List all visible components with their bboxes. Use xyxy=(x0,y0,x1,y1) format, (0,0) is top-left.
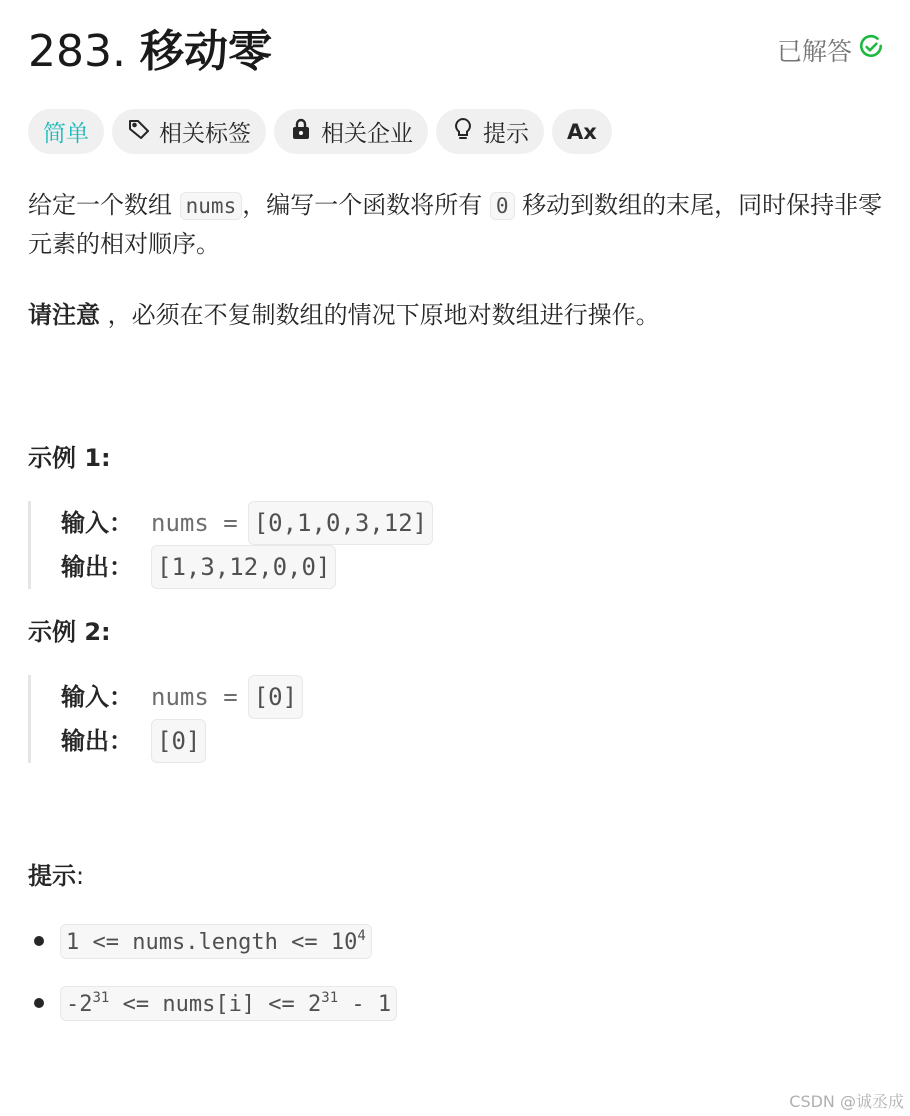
companies-label: 相关企业 xyxy=(321,115,413,148)
constraint-item: -231 <= nums[i] <= 231 - 1 xyxy=(28,983,397,1023)
input-label: 输入： xyxy=(61,504,133,542)
solved-label: 已解答 xyxy=(777,32,852,68)
hint-tag-button[interactable]: 提示 xyxy=(436,109,544,154)
constraint-text: 1 <= nums.length <= 10 xyxy=(66,930,357,955)
lightbulb-icon xyxy=(451,117,475,147)
example-2-block: 输入：nums =[0] 输出：[0] xyxy=(28,675,303,763)
topics-tag-button[interactable]: 相关标签 xyxy=(112,109,266,154)
desc-text: ，编写一个函数将所有 xyxy=(242,191,490,219)
constraints-list: 1 <= nums.length <= 104 -231 <= nums[i] … xyxy=(28,921,397,1045)
input-prefix: nums = xyxy=(151,678,238,716)
inline-code: nums xyxy=(180,192,243,220)
constraint-text: -2 xyxy=(66,992,93,1017)
input-label: 输入： xyxy=(61,678,133,716)
note-text: ，必须在不复制数组的情况下原地对数组进行操作。 xyxy=(100,301,660,329)
topics-label: 相关标签 xyxy=(159,115,251,148)
output-value: [0] xyxy=(151,719,206,763)
colon: : xyxy=(76,862,84,890)
output-label: 输出： xyxy=(61,548,133,586)
problem-number: 283. xyxy=(28,26,126,77)
input-value: [0,1,0,3,12] xyxy=(248,501,433,545)
bullet-icon xyxy=(34,936,44,946)
problem-title: 移动零 xyxy=(140,26,272,77)
check-circle-icon xyxy=(858,34,884,66)
lock-icon xyxy=(289,117,313,147)
hint-label: 提示 xyxy=(483,115,529,148)
constraint-code: -231 <= nums[i] <= 231 - 1 xyxy=(60,986,397,1021)
difficulty-label: 简单 xyxy=(43,115,89,148)
page-title: 283. 移动零 xyxy=(28,24,272,80)
superscript: 4 xyxy=(357,928,365,944)
note-paragraph: 请注意 ，必须在不复制数组的情况下原地对数组进行操作。 xyxy=(28,296,888,334)
constraint-text: <= nums[i] <= 2 xyxy=(109,992,321,1017)
input-value: [0] xyxy=(248,675,303,719)
constraints-title: 提示 xyxy=(28,862,76,890)
output-value: [1,3,12,0,0] xyxy=(151,545,336,589)
input-prefix: nums = xyxy=(151,504,238,542)
watermark: CSDN @诚丞成 xyxy=(789,1089,904,1112)
inline-code: 0 xyxy=(490,192,515,220)
solved-status: 已解答 xyxy=(777,32,884,68)
description-paragraph: 给定一个数组 nums，编写一个函数将所有 0 移动到数组的末尾，同时保持非零元… xyxy=(28,186,888,263)
constraint-item: 1 <= nums.length <= 104 xyxy=(28,921,397,961)
constraint-text: - 1 xyxy=(338,992,391,1017)
difficulty-badge[interactable]: 简单 xyxy=(28,109,104,154)
constraint-code: 1 <= nums.length <= 104 xyxy=(60,924,372,959)
translate-icon: Ax xyxy=(567,120,597,144)
constraints-heading: 提示: xyxy=(28,856,84,891)
tag-icon xyxy=(127,117,151,147)
translate-button[interactable]: Ax xyxy=(552,109,612,154)
bullet-icon xyxy=(34,998,44,1008)
tag-bar: 简单 相关标签 相关企业 提示 Ax xyxy=(28,109,612,154)
output-label: 输出： xyxy=(61,722,133,760)
superscript: 31 xyxy=(321,990,338,1006)
note-bold: 请注意 xyxy=(28,301,100,329)
example-1-heading: 示例 1: xyxy=(28,438,111,473)
desc-text: 给定一个数组 xyxy=(28,191,180,219)
example-1-block: 输入：nums =[0,1,0,3,12] 输出：[1,3,12,0,0] xyxy=(28,501,433,589)
superscript: 31 xyxy=(93,990,110,1006)
companies-tag-button[interactable]: 相关企业 xyxy=(274,109,428,154)
example-2-heading: 示例 2: xyxy=(28,612,111,647)
